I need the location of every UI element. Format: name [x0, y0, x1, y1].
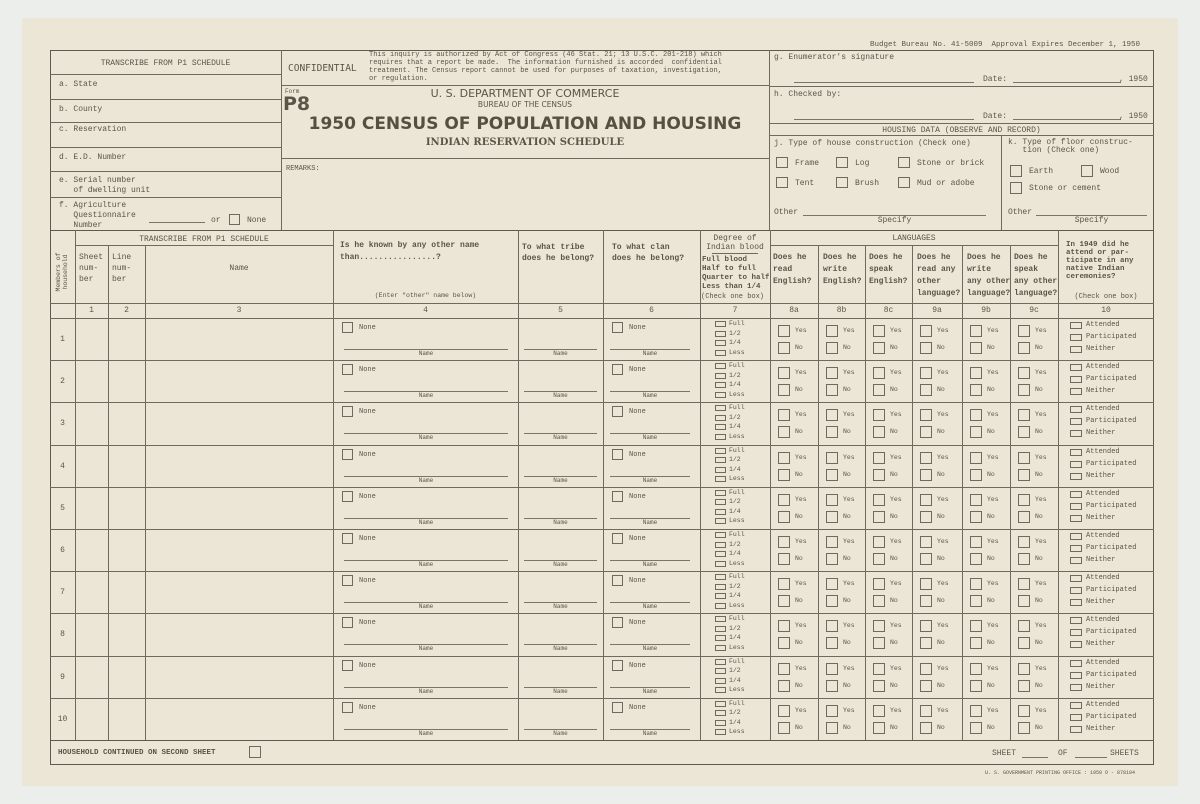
- ceremony-participated-checkbox[interactable]: [1070, 545, 1082, 552]
- ceremony-neither-checkbox[interactable]: [1070, 430, 1082, 437]
- q9c-no-checkbox[interactable]: [1018, 384, 1030, 396]
- q9a-yes-checkbox[interactable]: [920, 367, 932, 379]
- q9c-no-checkbox[interactable]: [1018, 637, 1030, 649]
- blood-quarter-checkbox[interactable]: [715, 551, 726, 557]
- yes-label: Yes: [987, 580, 999, 588]
- blood-full-label: Full: [729, 573, 745, 581]
- blood-half-label: 1/2: [729, 667, 741, 675]
- name-cell[interactable]: [146, 361, 332, 401]
- q8a-no-checkbox[interactable]: [778, 722, 790, 734]
- yes-label: Yes: [987, 369, 999, 377]
- q9b-no-checkbox[interactable]: [970, 384, 982, 396]
- q8b-yes-checkbox[interactable]: [826, 705, 838, 717]
- q9a-yes-checkbox[interactable]: [920, 494, 932, 506]
- q9a-yes-checkbox[interactable]: [920, 325, 932, 337]
- enumerator-signature-input[interactable]: [794, 82, 974, 83]
- blood-half-checkbox[interactable]: [715, 373, 726, 379]
- agriculture-none-checkbox[interactable]: [229, 214, 240, 225]
- blood-quarter-checkbox[interactable]: [715, 340, 726, 346]
- line-number-cell[interactable]: [109, 488, 144, 528]
- stone-brick-checkbox[interactable]: [898, 157, 910, 168]
- no-label: No: [795, 682, 803, 690]
- q9b-no-checkbox[interactable]: [970, 469, 982, 481]
- other-name-none-checkbox[interactable]: [342, 702, 353, 713]
- blood-less-checkbox[interactable]: [715, 434, 726, 440]
- frame-checkbox[interactable]: [776, 157, 788, 168]
- q9b-yes-checkbox[interactable]: [970, 325, 982, 337]
- q8c-no-checkbox[interactable]: [873, 342, 885, 354]
- none-label: None: [359, 323, 376, 333]
- line-number-cell[interactable]: [109, 699, 144, 739]
- col4-note: (Enter "other" name below): [333, 291, 518, 301]
- ceremony-neither-checkbox[interactable]: [1070, 388, 1082, 395]
- q8c-no-checkbox[interactable]: [873, 511, 885, 523]
- q9b-no-checkbox[interactable]: [970, 595, 982, 607]
- name-cell[interactable]: [146, 319, 332, 359]
- q8c-yes-checkbox[interactable]: [873, 452, 885, 464]
- q9a-no-checkbox[interactable]: [920, 426, 932, 438]
- yes-label: Yes: [890, 622, 902, 630]
- q9c-no-checkbox[interactable]: [1018, 553, 1030, 565]
- other-name-none-checkbox[interactable]: [342, 491, 353, 502]
- q9a-yes-checkbox[interactable]: [920, 409, 932, 421]
- q9a-no-checkbox[interactable]: [920, 722, 932, 734]
- name-cell[interactable]: [146, 572, 332, 612]
- q8b-yes-checkbox[interactable]: [826, 578, 838, 590]
- q9c-no-checkbox[interactable]: [1018, 342, 1030, 354]
- blood-full-checkbox[interactable]: [715, 448, 726, 454]
- q8b-no-checkbox[interactable]: [826, 553, 838, 565]
- sheet-number-input[interactable]: [1022, 757, 1048, 758]
- q8c-yes-checkbox[interactable]: [873, 705, 885, 717]
- q8b-yes-checkbox[interactable]: [826, 325, 838, 337]
- q8c-no-checkbox[interactable]: [873, 469, 885, 481]
- q8b-no-checkbox[interactable]: [826, 511, 838, 523]
- ceremony-participated-checkbox[interactable]: [1070, 334, 1082, 341]
- q9b-no-checkbox[interactable]: [970, 553, 982, 565]
- yes-label: Yes: [795, 665, 807, 673]
- q8c-no-checkbox[interactable]: [873, 680, 885, 692]
- name-cell[interactable]: [146, 614, 332, 654]
- blood-less-checkbox[interactable]: [715, 561, 726, 567]
- blood-half-checkbox[interactable]: [715, 710, 726, 716]
- blood-full-label: Full: [729, 447, 745, 455]
- q8b-yes-checkbox[interactable]: [826, 452, 838, 464]
- other-name-none-checkbox[interactable]: [342, 575, 353, 586]
- yes-label: Yes: [795, 496, 807, 504]
- yes-label: Yes: [843, 496, 855, 504]
- q9c-yes-checkbox[interactable]: [1018, 705, 1030, 717]
- yes-label: Yes: [795, 411, 807, 419]
- line-number-cell[interactable]: [109, 403, 144, 443]
- field-ed-number-label: d. E.D. Number: [59, 153, 126, 163]
- blood-full-checkbox[interactable]: [715, 701, 726, 707]
- col7-header: Degree of Indian blood: [700, 234, 770, 252]
- no-label: No: [1035, 682, 1043, 690]
- q8c-yes-checkbox[interactable]: [873, 536, 885, 548]
- house-other-label: Other: [774, 208, 798, 218]
- agriculture-number-input[interactable]: [149, 222, 205, 223]
- blood-less-checkbox[interactable]: [715, 476, 726, 482]
- q9b-no-checkbox[interactable]: [970, 511, 982, 523]
- col9c-header: Does he speak any other language?: [1014, 252, 1057, 300]
- q9c-no-checkbox[interactable]: [1018, 595, 1030, 607]
- ceremony-neither-checkbox[interactable]: [1070, 641, 1082, 648]
- clan-none-checkbox[interactable]: [612, 449, 623, 460]
- other-name-none-checkbox[interactable]: [342, 322, 353, 333]
- clan-none-checkbox[interactable]: [612, 491, 623, 502]
- name-cell[interactable]: [146, 488, 332, 528]
- q8a-yes-checkbox[interactable]: [778, 452, 790, 464]
- q9b-yes-checkbox[interactable]: [970, 620, 982, 632]
- q9c-yes-checkbox[interactable]: [1018, 620, 1030, 632]
- blood-quarter-checkbox[interactable]: [715, 678, 726, 684]
- q9a-no-checkbox[interactable]: [920, 342, 932, 354]
- q9a-yes-checkbox[interactable]: [920, 452, 932, 464]
- sheet-number-cell[interactable]: [76, 572, 107, 612]
- line-number-cell[interactable]: [109, 614, 144, 654]
- blood-quarter-checkbox[interactable]: [715, 509, 726, 515]
- ceremony-participated-checkbox[interactable]: [1070, 503, 1082, 510]
- other-name-none-checkbox[interactable]: [342, 617, 353, 628]
- name-cell[interactable]: [146, 530, 332, 570]
- q9c-yes-checkbox[interactable]: [1018, 409, 1030, 421]
- q9c-yes-checkbox[interactable]: [1018, 663, 1030, 675]
- ceremony-attended-checkbox[interactable]: [1070, 575, 1082, 582]
- q8a-yes-checkbox[interactable]: [778, 367, 790, 379]
- sheet-number-cell[interactable]: [76, 657, 107, 697]
- no-label: No: [987, 428, 995, 436]
- blood-half-checkbox[interactable]: [715, 499, 726, 505]
- q8b-no-checkbox[interactable]: [826, 469, 838, 481]
- blood-quarter-checkbox[interactable]: [715, 635, 726, 641]
- col7-note: (Check one box): [701, 292, 764, 302]
- line-number-cell[interactable]: [109, 530, 144, 570]
- q8a-no-checkbox[interactable]: [778, 426, 790, 438]
- q8a-yes-checkbox[interactable]: [778, 663, 790, 675]
- q9c-no-checkbox[interactable]: [1018, 469, 1030, 481]
- blood-full-checkbox[interactable]: [715, 490, 726, 496]
- ceremony-participated-checkbox[interactable]: [1070, 629, 1082, 636]
- q8a-yes-checkbox[interactable]: [778, 620, 790, 632]
- ceremony-neither-checkbox[interactable]: [1070, 346, 1082, 353]
- blood-quarter-checkbox[interactable]: [715, 382, 726, 388]
- q9a-yes-checkbox[interactable]: [920, 578, 932, 590]
- q8a-no-checkbox[interactable]: [778, 384, 790, 396]
- q9a-yes-checkbox[interactable]: [920, 705, 932, 717]
- q9b-yes-checkbox[interactable]: [970, 367, 982, 379]
- blood-quarter-checkbox[interactable]: [715, 593, 726, 599]
- q9a-no-checkbox[interactable]: [920, 553, 932, 565]
- q9b-no-checkbox[interactable]: [970, 722, 982, 734]
- ceremony-attended-checkbox[interactable]: [1070, 660, 1082, 667]
- blood-full-checkbox[interactable]: [715, 363, 726, 369]
- ceremony-neither-label: Neither: [1086, 472, 1115, 481]
- no-label: No: [937, 555, 945, 563]
- q9a-yes-checkbox[interactable]: [920, 620, 932, 632]
- q9a-no-checkbox[interactable]: [920, 637, 932, 649]
- other-name-none-checkbox[interactable]: [342, 449, 353, 460]
- yes-label: Yes: [795, 327, 807, 335]
- q9b-no-checkbox[interactable]: [970, 342, 982, 354]
- mud-adobe-label: Mud or adobe: [917, 179, 975, 189]
- blood-half-checkbox[interactable]: [715, 584, 726, 590]
- q8a-no-checkbox[interactable]: [778, 511, 790, 523]
- q8b-no-checkbox[interactable]: [826, 342, 838, 354]
- sheet-number-cell[interactable]: [76, 446, 107, 486]
- sheet-number-cell[interactable]: [76, 361, 107, 401]
- q8c-no-checkbox[interactable]: [873, 637, 885, 649]
- q9c-yes-checkbox[interactable]: [1018, 494, 1030, 506]
- name-cell[interactable]: [146, 446, 332, 486]
- line-number-cell[interactable]: [109, 446, 144, 486]
- checked-by-input[interactable]: [794, 119, 974, 120]
- blood-half-label: 1/2: [729, 625, 741, 633]
- q8c-yes-checkbox[interactable]: [873, 409, 885, 421]
- ceremony-attended-checkbox[interactable]: [1070, 617, 1082, 624]
- earth-checkbox[interactable]: [1010, 165, 1022, 177]
- other-name-none-checkbox[interactable]: [342, 364, 353, 375]
- blood-full-checkbox[interactable]: [715, 616, 726, 622]
- q8c-no-checkbox[interactable]: [873, 384, 885, 396]
- blood-quarter-checkbox[interactable]: [715, 720, 726, 726]
- q8a-yes-checkbox[interactable]: [778, 325, 790, 337]
- blood-half-checkbox[interactable]: [715, 457, 726, 463]
- q9c-no-checkbox[interactable]: [1018, 722, 1030, 734]
- q9a-no-checkbox[interactable]: [920, 384, 932, 396]
- q8c-yes-checkbox[interactable]: [873, 663, 885, 675]
- sheet-number-cell[interactable]: [76, 403, 107, 443]
- q9a-yes-checkbox[interactable]: [920, 663, 932, 675]
- q8b-no-checkbox[interactable]: [826, 722, 838, 734]
- q9c-no-checkbox[interactable]: [1018, 426, 1030, 438]
- ceremony-neither-checkbox[interactable]: [1070, 684, 1082, 691]
- q8a-no-checkbox[interactable]: [778, 680, 790, 692]
- line-number-cell[interactable]: [109, 657, 144, 697]
- no-label: No: [937, 513, 945, 521]
- q9b-yes-checkbox[interactable]: [970, 494, 982, 506]
- stone-cement-checkbox[interactable]: [1010, 182, 1022, 194]
- other-name-none-checkbox[interactable]: [342, 660, 353, 671]
- q9c-yes-checkbox[interactable]: [1018, 536, 1030, 548]
- blood-less-checkbox[interactable]: [715, 603, 726, 609]
- row-number: 9: [50, 673, 75, 683]
- line-number-cell[interactable]: [109, 361, 144, 401]
- line-number-cell[interactable]: [109, 319, 144, 359]
- q8a-yes-checkbox[interactable]: [778, 409, 790, 421]
- q8c-yes-checkbox[interactable]: [873, 620, 885, 632]
- blood-quarter-checkbox[interactable]: [715, 424, 726, 430]
- enumerator-date-input[interactable]: [1013, 82, 1121, 83]
- blood-less-checkbox[interactable]: [715, 729, 726, 735]
- sheet-number-cell[interactable]: [76, 488, 107, 528]
- q8c-yes-checkbox[interactable]: [873, 367, 885, 379]
- members-of-household-label: Members of household: [55, 252, 69, 292]
- blood-less-checkbox[interactable]: [715, 350, 726, 356]
- blood-less-checkbox[interactable]: [715, 518, 726, 524]
- ceremony-attended-checkbox[interactable]: [1070, 322, 1082, 329]
- name-caption: Name: [344, 561, 508, 569]
- q9b-no-checkbox[interactable]: [970, 426, 982, 438]
- q8b-yes-checkbox[interactable]: [826, 663, 838, 675]
- q9c-yes-checkbox[interactable]: [1018, 578, 1030, 590]
- q9b-yes-checkbox[interactable]: [970, 536, 982, 548]
- clan-none-checkbox[interactable]: [612, 364, 623, 375]
- clan-none-checkbox[interactable]: [612, 322, 623, 333]
- q8a-no-checkbox[interactable]: [778, 553, 790, 565]
- yes-label: Yes: [890, 369, 902, 377]
- q9b-yes-checkbox[interactable]: [970, 578, 982, 590]
- blood-half-checkbox[interactable]: [715, 542, 726, 548]
- ceremony-attended-checkbox[interactable]: [1070, 533, 1082, 540]
- ceremony-attended-checkbox[interactable]: [1070, 406, 1082, 413]
- brush-checkbox[interactable]: [836, 177, 848, 188]
- yes-label: Yes: [795, 454, 807, 462]
- ceremony-neither-checkbox[interactable]: [1070, 473, 1082, 480]
- mud-adobe-checkbox[interactable]: [898, 177, 910, 188]
- none-label: None: [629, 576, 646, 586]
- other-name-none-checkbox[interactable]: [342, 406, 353, 417]
- sheet-number-cell[interactable]: [76, 699, 107, 739]
- wood-checkbox[interactable]: [1081, 165, 1093, 177]
- ceremony-participated-checkbox[interactable]: [1070, 418, 1082, 425]
- ceremony-participated-checkbox[interactable]: [1070, 672, 1082, 679]
- q9b-no-checkbox[interactable]: [970, 637, 982, 649]
- ceremony-participated-label: Participated: [1086, 375, 1136, 384]
- ceremony-attended-checkbox[interactable]: [1070, 364, 1082, 371]
- blood-full-checkbox[interactable]: [715, 659, 726, 665]
- q9b-yes-checkbox[interactable]: [970, 409, 982, 421]
- q9b-yes-checkbox[interactable]: [970, 452, 982, 464]
- q8c-no-checkbox[interactable]: [873, 722, 885, 734]
- no-label: No: [843, 639, 851, 647]
- q8b-yes-checkbox[interactable]: [826, 620, 838, 632]
- q8c-yes-checkbox[interactable]: [873, 325, 885, 337]
- total-sheets-input[interactable]: [1075, 757, 1107, 758]
- ceremony-neither-checkbox[interactable]: [1070, 557, 1082, 564]
- q9c-yes-checkbox[interactable]: [1018, 367, 1030, 379]
- q8c-no-checkbox[interactable]: [873, 553, 885, 565]
- blood-half-checkbox[interactable]: [715, 668, 726, 674]
- household-continued-checkbox[interactable]: [249, 746, 261, 758]
- clan-none-checkbox[interactable]: [612, 406, 623, 417]
- q9c-yes-checkbox[interactable]: [1018, 325, 1030, 337]
- name-cell[interactable]: [146, 657, 332, 697]
- q8b-yes-checkbox[interactable]: [826, 367, 838, 379]
- q8c-no-checkbox[interactable]: [873, 426, 885, 438]
- q9b-yes-checkbox[interactable]: [970, 663, 982, 675]
- q9a-no-checkbox[interactable]: [920, 469, 932, 481]
- blood-quarter-label: 1/4: [729, 592, 741, 600]
- q9a-no-checkbox[interactable]: [920, 595, 932, 607]
- blood-less-checkbox[interactable]: [715, 645, 726, 651]
- q8c-yes-checkbox[interactable]: [873, 494, 885, 506]
- ceremony-attended-checkbox[interactable]: [1070, 702, 1082, 709]
- q8b-no-checkbox[interactable]: [826, 637, 838, 649]
- clan-none-checkbox[interactable]: [612, 575, 623, 586]
- q9c-no-checkbox[interactable]: [1018, 680, 1030, 692]
- blood-full-checkbox[interactable]: [715, 532, 726, 538]
- q8a-yes-checkbox[interactable]: [778, 494, 790, 506]
- q9b-no-checkbox[interactable]: [970, 680, 982, 692]
- q8b-no-checkbox[interactable]: [826, 384, 838, 396]
- sheet-number-cell[interactable]: [76, 530, 107, 570]
- q9a-yes-checkbox[interactable]: [920, 536, 932, 548]
- line-number-cell[interactable]: [109, 572, 144, 612]
- blood-half-checkbox[interactable]: [715, 415, 726, 421]
- tent-checkbox[interactable]: [776, 177, 788, 188]
- q8b-no-checkbox[interactable]: [826, 680, 838, 692]
- ceremony-attended-checkbox[interactable]: [1070, 449, 1082, 456]
- blood-less-checkbox[interactable]: [715, 687, 726, 693]
- q9c-no-checkbox[interactable]: [1018, 511, 1030, 523]
- q8c-yes-checkbox[interactable]: [873, 578, 885, 590]
- clan-none-checkbox[interactable]: [612, 660, 623, 671]
- q8b-yes-checkbox[interactable]: [826, 409, 838, 421]
- q8a-no-checkbox[interactable]: [778, 469, 790, 481]
- name-cell[interactable]: [146, 403, 332, 443]
- sheet-number-cell[interactable]: [76, 319, 107, 359]
- q8b-no-checkbox[interactable]: [826, 595, 838, 607]
- other-name-none-checkbox[interactable]: [342, 533, 353, 544]
- ceremony-participated-checkbox[interactable]: [1070, 587, 1082, 594]
- q8c-no-checkbox[interactable]: [873, 595, 885, 607]
- blood-full-checkbox[interactable]: [715, 321, 726, 327]
- q8b-yes-checkbox[interactable]: [826, 536, 838, 548]
- q9c-yes-checkbox[interactable]: [1018, 452, 1030, 464]
- q8a-no-checkbox[interactable]: [778, 595, 790, 607]
- clan-none-checkbox[interactable]: [612, 533, 623, 544]
- blood-quarter-checkbox[interactable]: [715, 467, 726, 473]
- q9a-no-checkbox[interactable]: [920, 680, 932, 692]
- clan-none-checkbox[interactable]: [612, 702, 623, 713]
- q9b-yes-checkbox[interactable]: [970, 705, 982, 717]
- q8a-yes-checkbox[interactable]: [778, 578, 790, 590]
- no-label: No: [795, 639, 803, 647]
- blood-half-checkbox[interactable]: [715, 331, 726, 337]
- blood-half-checkbox[interactable]: [715, 626, 726, 632]
- blood-full-checkbox[interactable]: [715, 405, 726, 411]
- clan-none-checkbox[interactable]: [612, 617, 623, 628]
- ceremony-neither-checkbox[interactable]: [1070, 599, 1082, 606]
- q8b-yes-checkbox[interactable]: [826, 494, 838, 506]
- checked-date-input[interactable]: [1013, 119, 1121, 120]
- sheet-number-cell[interactable]: [76, 614, 107, 654]
- remarks-area[interactable]: [290, 174, 760, 226]
- blood-less-checkbox[interactable]: [715, 392, 726, 398]
- row-number: 7: [50, 588, 75, 598]
- ceremony-neither-checkbox[interactable]: [1070, 726, 1082, 733]
- q8a-yes-checkbox[interactable]: [778, 705, 790, 717]
- name-caption: Name: [610, 730, 690, 738]
- ceremony-attended-checkbox[interactable]: [1070, 491, 1082, 498]
- ceremony-participated-checkbox[interactable]: [1070, 714, 1082, 721]
- q8a-yes-checkbox[interactable]: [778, 536, 790, 548]
- q8a-no-checkbox[interactable]: [778, 342, 790, 354]
- ceremony-participated-checkbox[interactable]: [1070, 461, 1082, 468]
- agriculture-or-label: or: [211, 216, 221, 226]
- blood-full-checkbox[interactable]: [715, 574, 726, 580]
- q8b-no-checkbox[interactable]: [826, 426, 838, 438]
- name-cell[interactable]: [146, 699, 332, 739]
- log-checkbox[interactable]: [836, 157, 848, 168]
- no-label: No: [795, 597, 803, 605]
- q9a-no-checkbox[interactable]: [920, 511, 932, 523]
- yes-label: Yes: [890, 665, 902, 673]
- q8a-no-checkbox[interactable]: [778, 637, 790, 649]
- ceremony-participated-checkbox[interactable]: [1070, 376, 1082, 383]
- ceremony-neither-checkbox[interactable]: [1070, 515, 1082, 522]
